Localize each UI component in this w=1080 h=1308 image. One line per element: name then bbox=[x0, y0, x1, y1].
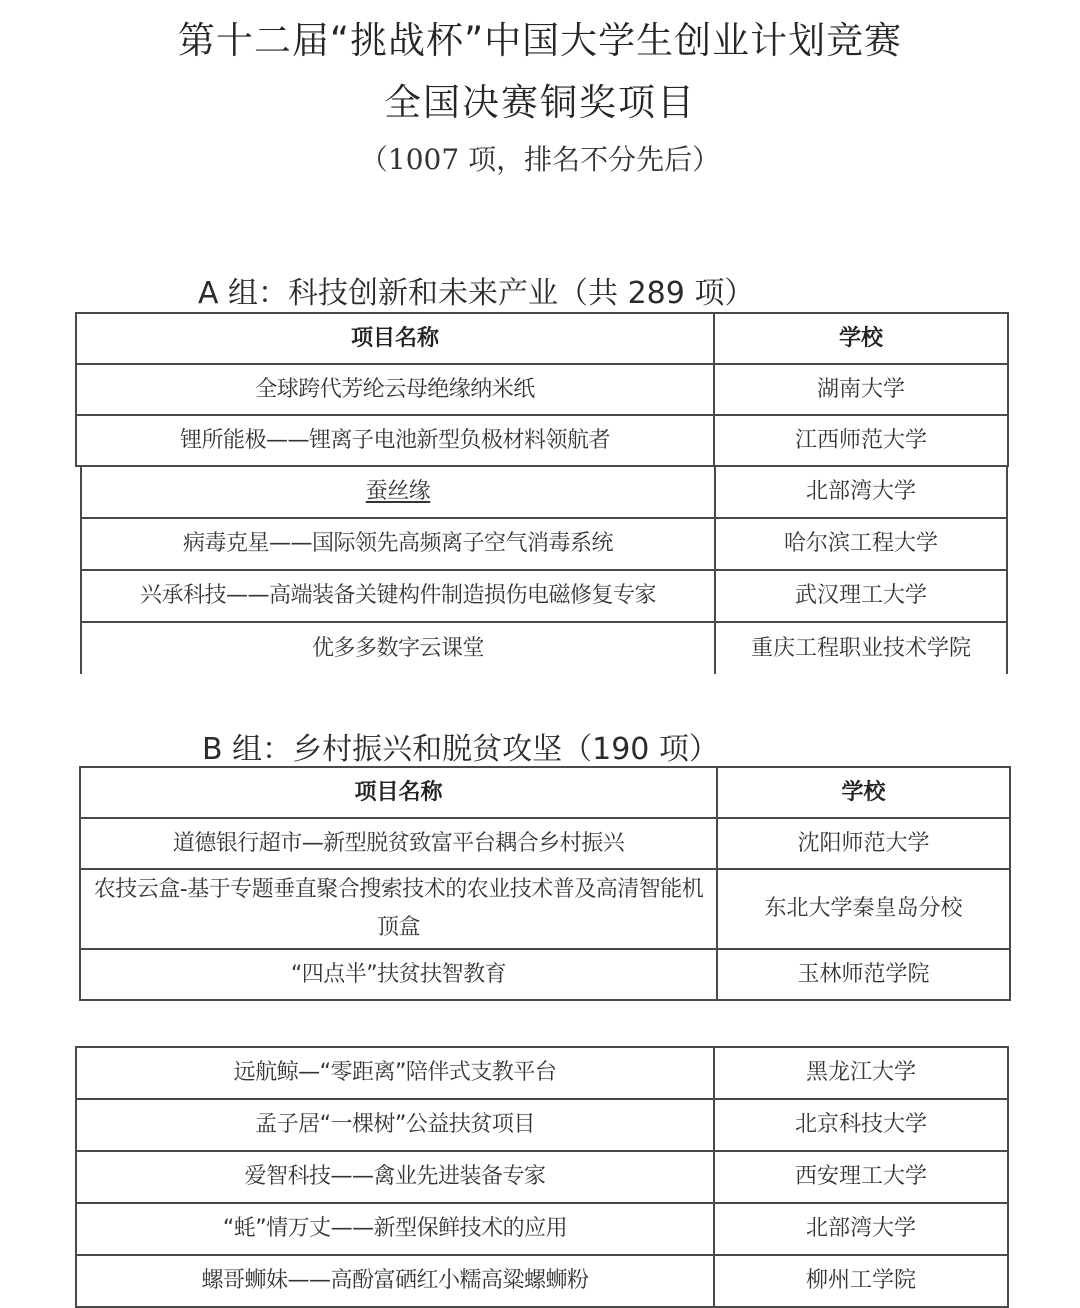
table-row: 锂所能极——锂离子电池新型负极材料领航者 江西师范大学 bbox=[76, 415, 1008, 466]
group-b-heading: B 组：乡村振兴和脱贫攻坚（190 项） bbox=[202, 724, 719, 768]
project-name: 道德银行超市—新型脱贫致富平台耦合乡村振兴 bbox=[80, 818, 717, 869]
table-row: 兴承科技——高端装备关键构件制造损伤电磁修复专家 武汉理工大学 bbox=[81, 570, 1007, 622]
project-name: 远航鲸—“零距离”陪伴式支教平台 bbox=[76, 1047, 714, 1099]
table-row: 孟子居“一棵树”公益扶贫项目 北京科技大学 bbox=[76, 1099, 1008, 1151]
table-row: 蚕丝缘 北部湾大学 bbox=[81, 466, 1007, 518]
table-header-row: 项目名称 学校 bbox=[80, 767, 1010, 818]
group-b-table: 项目名称 学校 道德银行超市—新型脱贫致富平台耦合乡村振兴 沈阳师范大学 农技云… bbox=[79, 766, 1011, 1001]
group-a-table-continued: 蚕丝缘 北部湾大学 病毒克星——国际领先高频离子空气消毒系统 哈尔滨工程大学 兴… bbox=[80, 465, 1008, 674]
document-title: 第十二届“挑战杯”中国大学生创业计划竞赛 bbox=[0, 10, 1080, 64]
school-name: 北部湾大学 bbox=[715, 466, 1007, 518]
project-name: 农技云盒-基于专题垂直聚合搜索技术的农业技术普及高清智能机顶盒 bbox=[80, 869, 717, 949]
school-name: 东北大学秦皇岛分校 bbox=[717, 869, 1010, 949]
school-name: 黑龙江大学 bbox=[714, 1047, 1008, 1099]
project-name: 全球跨代芳纶云母绝缘纳米纸 bbox=[76, 364, 714, 415]
project-name: 病毒克星——国际领先高频离子空气消毒系统 bbox=[81, 518, 715, 570]
column-header-school: 学校 bbox=[717, 767, 1010, 818]
table-row: “四点半”扶贫扶智教育 玉林师范学院 bbox=[80, 949, 1010, 1000]
table-row: 农技云盒-基于专题垂直聚合搜索技术的农业技术普及高清智能机顶盒 东北大学秦皇岛分… bbox=[80, 869, 1010, 949]
table-header-row: 项目名称 学校 bbox=[76, 313, 1008, 364]
table-row: 道德银行超市—新型脱贫致富平台耦合乡村振兴 沈阳师范大学 bbox=[80, 818, 1010, 869]
project-name: 兴承科技——高端装备关键构件制造损伤电磁修复专家 bbox=[81, 570, 715, 622]
table-row: 优多多数字云课堂 重庆工程职业技术学院 bbox=[81, 622, 1007, 674]
project-name: 锂所能极——锂离子电池新型负极材料领航者 bbox=[76, 415, 714, 466]
column-header-project: 项目名称 bbox=[76, 313, 714, 364]
table-row: 螺哥蛳妹——高酚富硒红小糯高粱螺蛳粉 柳州工学院 bbox=[76, 1255, 1008, 1307]
project-name: 蚕丝缘 bbox=[81, 466, 715, 518]
table-row: 病毒克星——国际领先高频离子空气消毒系统 哈尔滨工程大学 bbox=[81, 518, 1007, 570]
column-header-school: 学校 bbox=[714, 313, 1008, 364]
table-row: 远航鲸—“零距离”陪伴式支教平台 黑龙江大学 bbox=[76, 1047, 1008, 1099]
group-a-table: 项目名称 学校 全球跨代芳纶云母绝缘纳米纸 湖南大学 锂所能极——锂离子电池新型… bbox=[75, 312, 1009, 467]
project-name: “蚝”情万丈——新型保鲜技术的应用 bbox=[76, 1203, 714, 1255]
project-name: 螺哥蛳妹——高酚富硒红小糯高粱螺蛳粉 bbox=[76, 1255, 714, 1307]
project-name: “四点半”扶贫扶智教育 bbox=[80, 949, 717, 1000]
project-name: 优多多数字云课堂 bbox=[81, 622, 715, 674]
school-name: 湖南大学 bbox=[714, 364, 1008, 415]
project-name: 孟子居“一棵树”公益扶贫项目 bbox=[76, 1099, 714, 1151]
table-row: “蚝”情万丈——新型保鲜技术的应用 北部湾大学 bbox=[76, 1203, 1008, 1255]
group-a-heading: A 组：科技创新和未来产业（共 289 项） bbox=[198, 268, 754, 312]
school-name: 江西师范大学 bbox=[714, 415, 1008, 466]
school-name: 武汉理工大学 bbox=[715, 570, 1007, 622]
table-row: 全球跨代芳纶云母绝缘纳米纸 湖南大学 bbox=[76, 364, 1008, 415]
project-name: 爱智科技——禽业先进装备专家 bbox=[76, 1151, 714, 1203]
group-b-table-continued: 远航鲸—“零距离”陪伴式支教平台 黑龙江大学 孟子居“一棵树”公益扶贫项目 北京… bbox=[75, 1046, 1009, 1308]
document-subtitle-award: 全国决赛铜奖项目 bbox=[0, 72, 1080, 126]
school-name: 沈阳师范大学 bbox=[717, 818, 1010, 869]
table-row: 爱智科技——禽业先进装备专家 西安理工大学 bbox=[76, 1151, 1008, 1203]
school-name: 北部湾大学 bbox=[714, 1203, 1008, 1255]
column-header-project: 项目名称 bbox=[80, 767, 717, 818]
school-name: 北京科技大学 bbox=[714, 1099, 1008, 1151]
school-name: 玉林师范学院 bbox=[717, 949, 1010, 1000]
school-name: 哈尔滨工程大学 bbox=[715, 518, 1007, 570]
school-name: 重庆工程职业技术学院 bbox=[715, 622, 1007, 674]
document-count-note: （1007 项，排名不分先后） bbox=[0, 138, 1080, 178]
school-name: 柳州工学院 bbox=[714, 1255, 1008, 1307]
school-name: 西安理工大学 bbox=[714, 1151, 1008, 1203]
